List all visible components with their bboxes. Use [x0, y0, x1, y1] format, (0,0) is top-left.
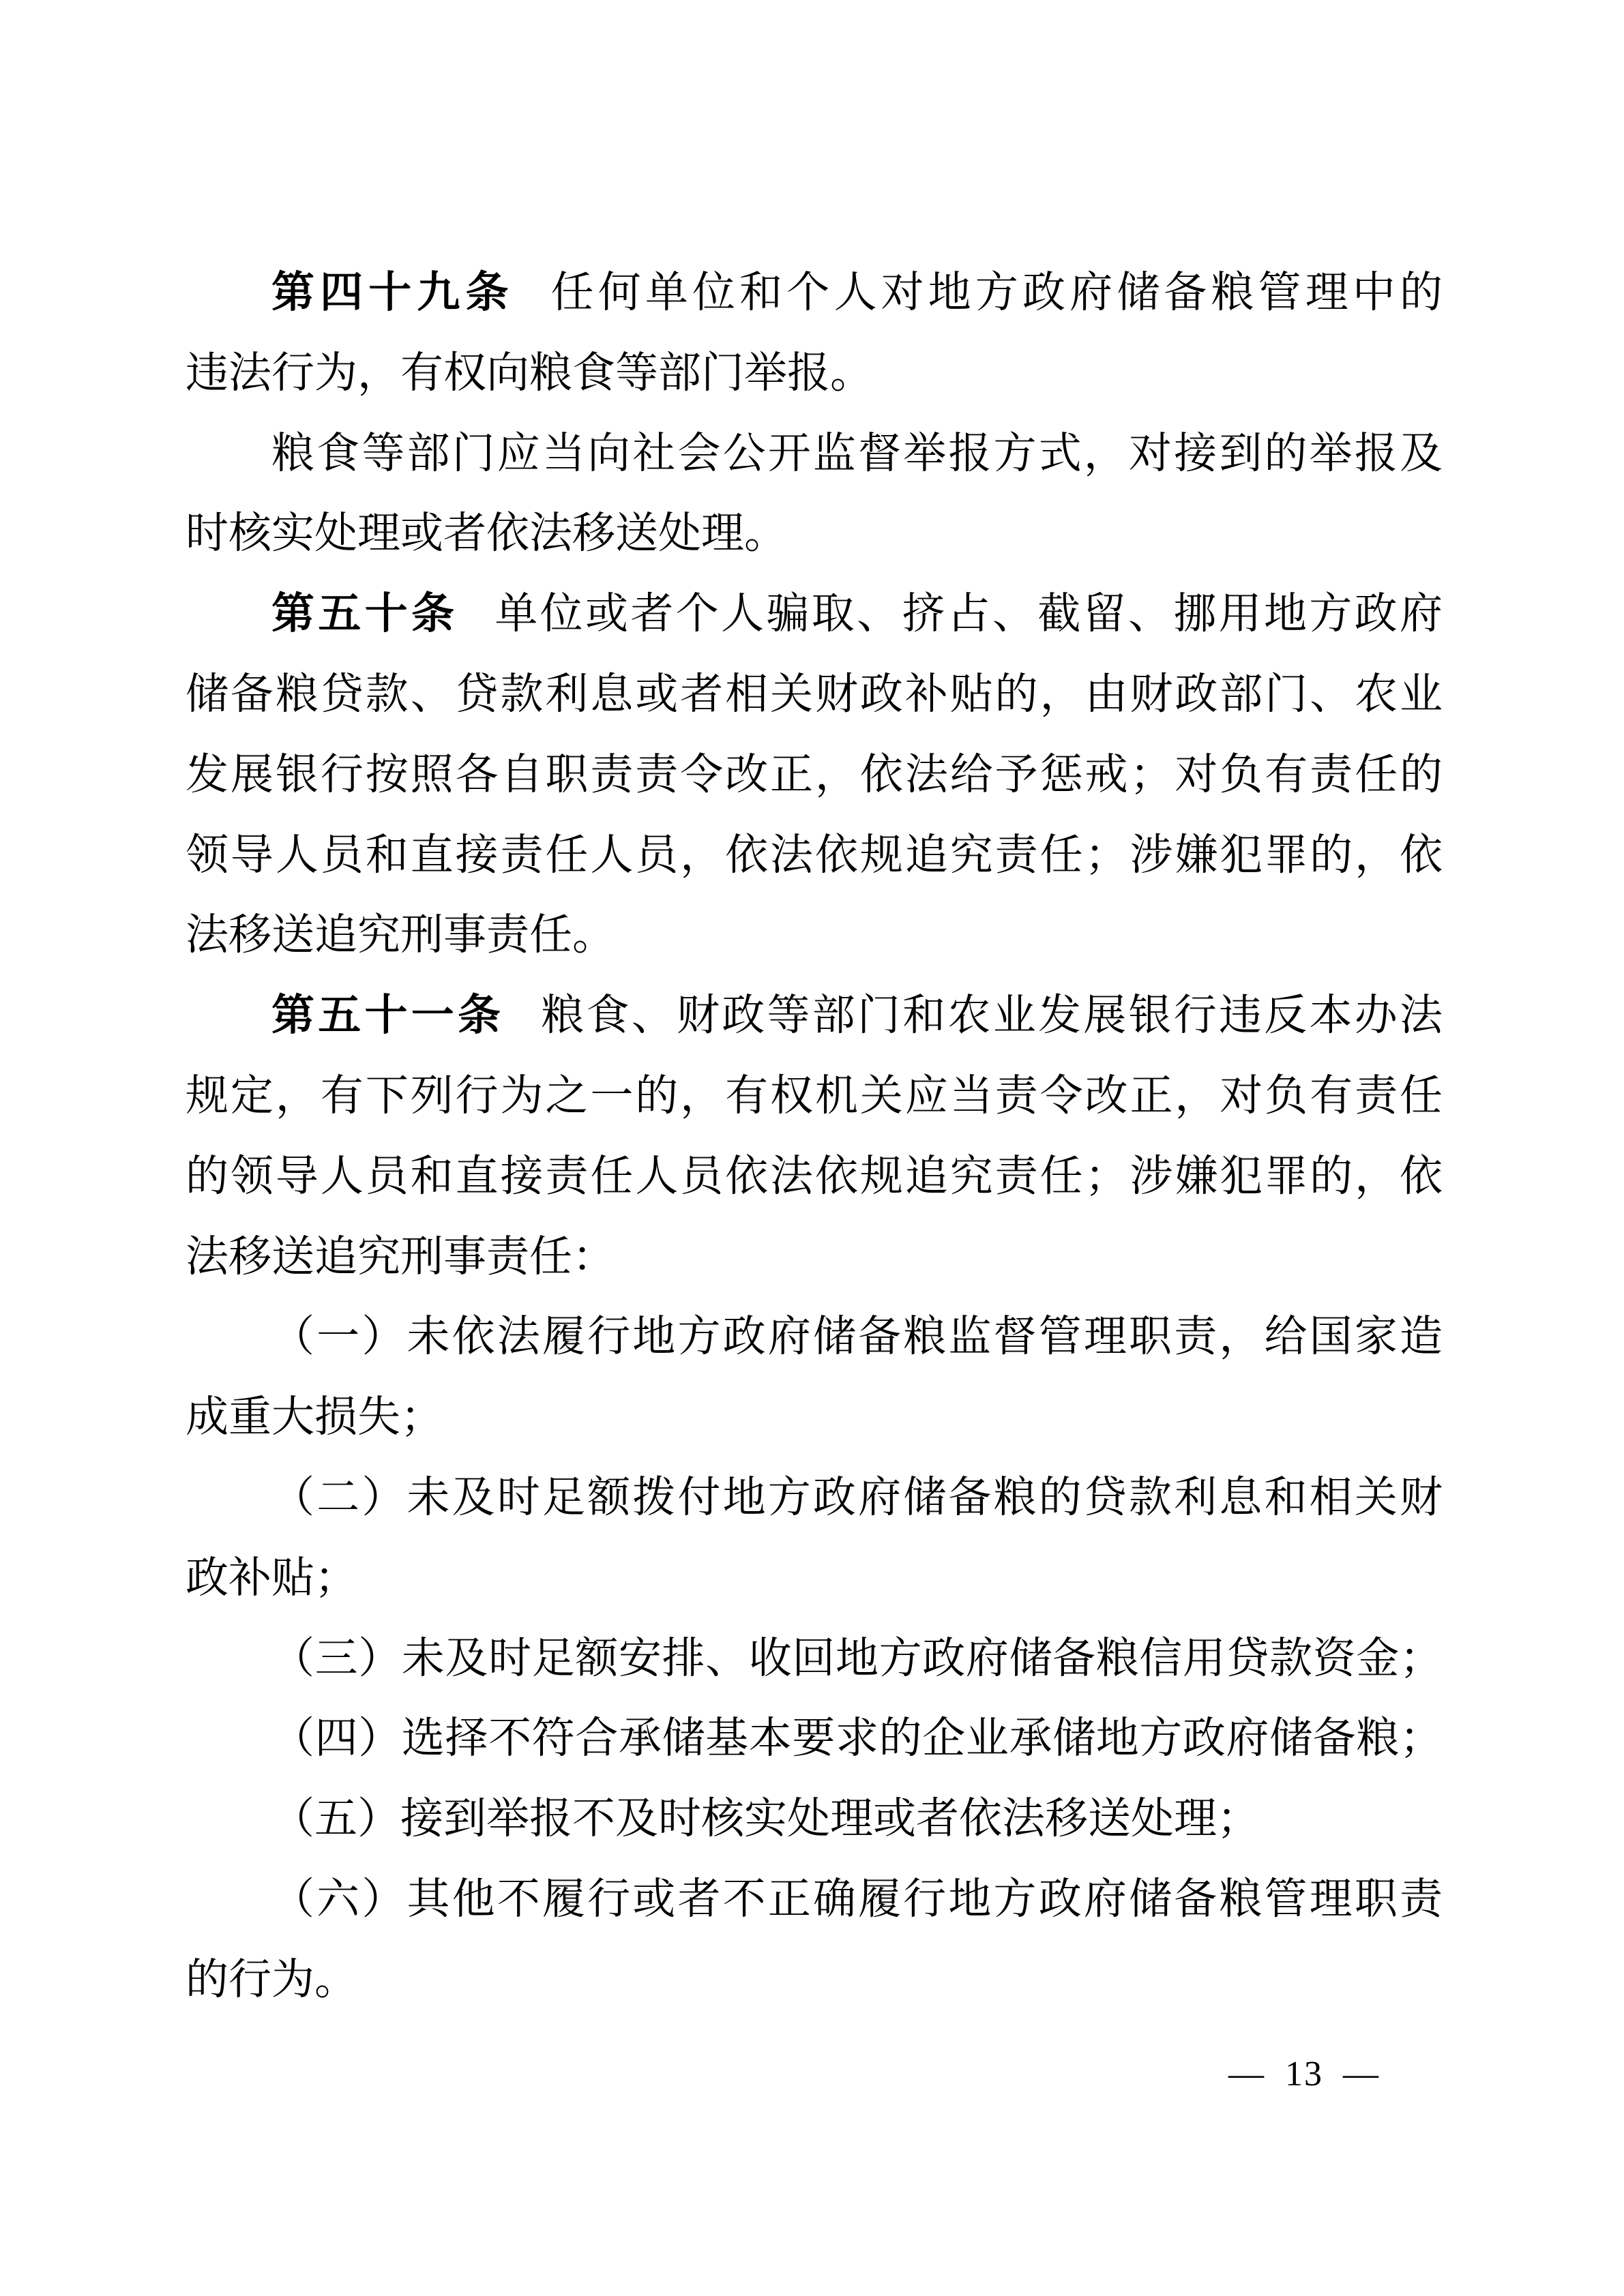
- text-line: 储备粮贷款、贷款利息或者相关财政补贴的，由财政部门、农业: [186, 655, 1443, 735]
- line-text: 的行为。: [186, 1956, 357, 2003]
- line-text: （四）选择不符合承储基本要求的企业承储地方政府储备粮；: [271, 1714, 1443, 1762]
- text-line: 第五十条单位或者个人骗取、挤占、截留、挪用地方政府: [186, 574, 1443, 655]
- text-line-item-5: （五）接到举报不及时核实处理或者依法移送处理；: [186, 1779, 1443, 1860]
- line-text: 规定，有下列行为之一的，有权机关应当责令改正，对负有责任: [186, 1072, 1443, 1120]
- document-page: 第四十九条任何单位和个人对地方政府储备粮管理中的 违法行为，有权向粮食等部门举报…: [0, 0, 1624, 2296]
- line-text: （五）接到举报不及时核实处理或者依法移送处理；: [271, 1795, 1260, 1843]
- line-text: 成重大损失；: [186, 1393, 443, 1441]
- line-text: （三）未及时足额安排、收回地方政府储备粮信用贷款资金；: [271, 1635, 1443, 1682]
- line-text: 粮食、财政等部门和农业发展银行违反本办法: [541, 992, 1443, 1039]
- text-line-item-4: （四）选择不符合承储基本要求的企业承储地方政府储备粮；: [186, 1699, 1443, 1779]
- line-text: 法移送追究刑事责任：: [186, 1233, 615, 1281]
- text-line: 法移送追究刑事责任：: [186, 1217, 1443, 1298]
- line-text: 的领导人员和直接责任人员依法依规追究责任；涉嫌犯罪的，依: [186, 1152, 1443, 1200]
- text-line: 违法行为，有权向粮食等部门举报。: [186, 333, 1443, 414]
- text-line: 的行为。: [186, 1940, 1443, 2021]
- line-text: 发展银行按照各自职责责令改正，依法给予惩戒；对负有责任的: [186, 751, 1443, 799]
- line-text: 单位或者个人骗取、挤占、截留、挪用地方政府: [494, 590, 1443, 638]
- text-line: 法移送追究刑事责任。: [186, 895, 1443, 976]
- text-line-item-6: （六）其他不履行或者不正确履行地方政府储备粮管理职责: [186, 1860, 1443, 1940]
- line-text: 领导人员和直接责任人员，依法依规追究责任；涉嫌犯罪的，依: [186, 831, 1443, 879]
- text-line: 发展银行按照各自职责责令改正，依法给予惩戒；对负有责任的: [186, 735, 1443, 816]
- text-line: 的领导人员和直接责任人员依法依规追究责任；涉嫌犯罪的，依: [186, 1137, 1443, 1217]
- article-50-heading: 第五十条: [271, 590, 458, 638]
- line-text: （一）未依法履行地方政府储备粮监督管理职责，给国家造: [271, 1313, 1443, 1360]
- text-line-item-1: （一）未依法履行地方政府储备粮监督管理职责，给国家造: [186, 1297, 1443, 1377]
- text-line: 粮食等部门应当向社会公开监督举报方式，对接到的举报及: [186, 414, 1443, 494]
- line-text: 储备粮贷款、贷款利息或者相关财政补贴的，由财政部门、农业: [186, 670, 1443, 718]
- line-text: 时核实处理或者依法移送处理。: [186, 509, 787, 557]
- text-line: 政补贴；: [186, 1538, 1443, 1619]
- line-text: （六）其他不履行或者不正确履行地方政府储备粮管理职责: [271, 1875, 1443, 1923]
- line-text: （二）未及时足额拨付地方政府储备粮的贷款利息和相关财: [271, 1474, 1443, 1521]
- line-text: 任何单位和个人对地方政府储备粮管理中的: [551, 269, 1443, 316]
- line-text: 法移送追究刑事责任。: [186, 911, 615, 959]
- text-line: 成重大损失；: [186, 1377, 1443, 1458]
- text-line-item-2: （二）未及时足额拨付地方政府储备粮的贷款利息和相关财: [186, 1458, 1443, 1538]
- text-line: 规定，有下列行为之一的，有权机关应当责令改正，对负有责任: [186, 1056, 1443, 1137]
- text-line: 第五十一条粮食、财政等部门和农业发展银行违反本办法: [186, 976, 1443, 1056]
- document-body: 第四十九条任何单位和个人对地方政府储备粮管理中的 违法行为，有权向粮食等部门举报…: [186, 253, 1443, 2021]
- line-text: 违法行为，有权向粮食等部门举报。: [186, 349, 873, 397]
- page-number: — 13 —: [1228, 2054, 1380, 2094]
- article-51-heading: 第五十一条: [271, 992, 504, 1039]
- text-line: 领导人员和直接责任人员，依法依规追究责任；涉嫌犯罪的，依: [186, 816, 1443, 896]
- text-line: 时核实处理或者依法移送处理。: [186, 494, 1443, 574]
- text-line: 第四十九条任何单位和个人对地方政府储备粮管理中的: [186, 253, 1443, 333]
- line-text: 政补贴；: [186, 1554, 357, 1602]
- text-line-item-3: （三）未及时足额安排、收回地方政府储备粮信用贷款资金；: [186, 1619, 1443, 1699]
- line-text: 粮食等部门应当向社会公开监督举报方式，对接到的举报及: [271, 430, 1443, 477]
- article-49-heading: 第四十九条: [271, 269, 514, 316]
